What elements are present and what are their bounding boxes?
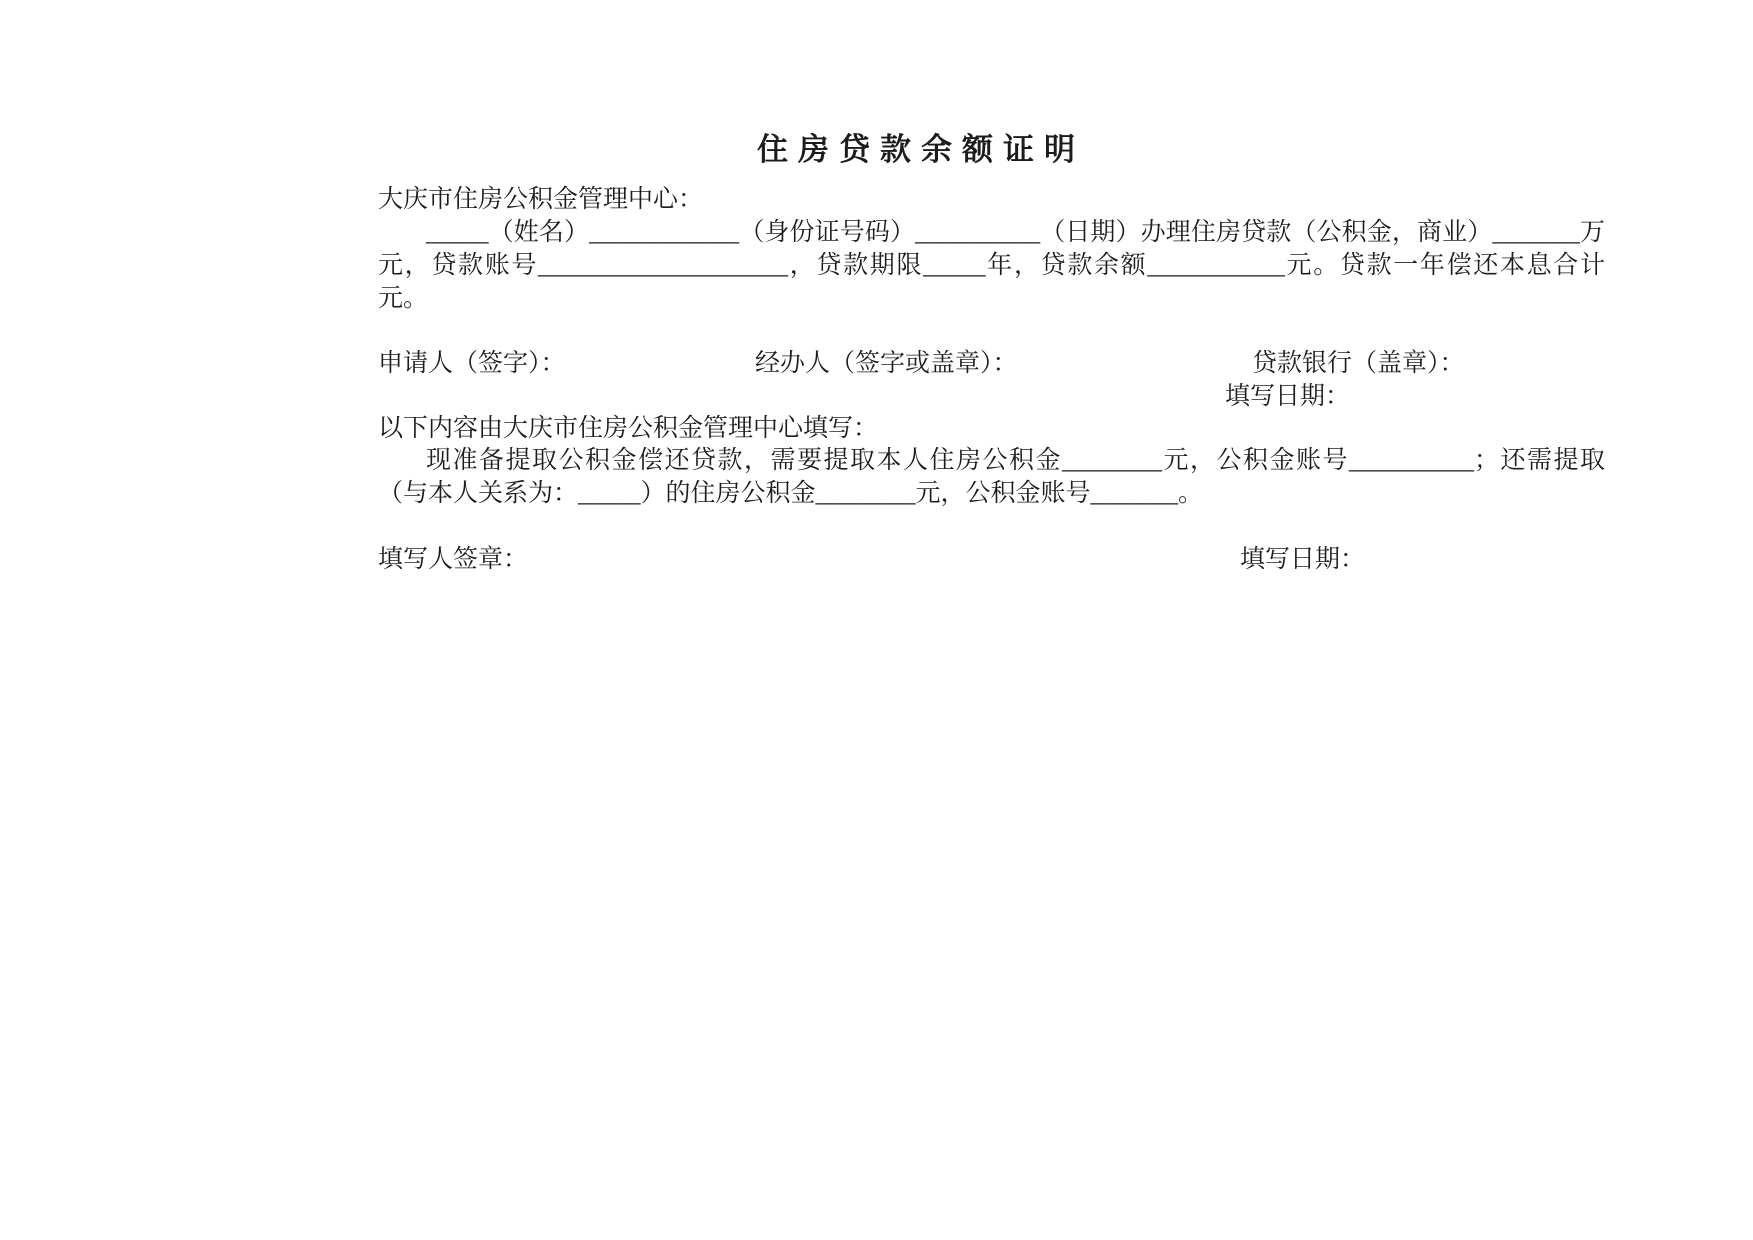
- footer-fill-date-label: 填写日期：: [1240, 543, 1365, 576]
- paragraph1-line3: 元。: [378, 282, 428, 315]
- applicant-signature-label: 申请人（签字）：: [378, 347, 566, 380]
- section2-line1: 现准备提取公积金偿还贷款，需要提取本人住房公积金________元，公积金账号_…: [378, 444, 1605, 477]
- bank-seal-label: 贷款银行（盖章）：: [1252, 347, 1465, 380]
- section2-line2: （与本人关系为：_____）的住房公积金________元，公积金账号_____…: [378, 477, 1203, 510]
- salutation-line: 大庆市住房公积金管理中心：: [378, 183, 703, 216]
- document-page: 住房贷款余额证明 大庆市住房公积金管理中心： _____（姓名）________…: [0, 0, 1753, 1240]
- bank-fill-date-label: 填写日期：: [1225, 380, 1350, 413]
- handler-signature-label: 经办人（签字或盖章）：: [755, 347, 1018, 380]
- section2-heading: 以下内容由大庆市住房公积金管理中心填写：: [378, 412, 878, 445]
- paragraph1-line1: _____（姓名）____________（身份证号码）__________（日…: [378, 216, 1605, 249]
- document-title: 住房贷款余额证明: [757, 124, 1085, 169]
- filler-signature-label: 填写人签章：: [378, 543, 528, 576]
- paragraph1-line2: 元，贷款账号____________________，贷款期限_____年，贷款…: [378, 249, 1605, 282]
